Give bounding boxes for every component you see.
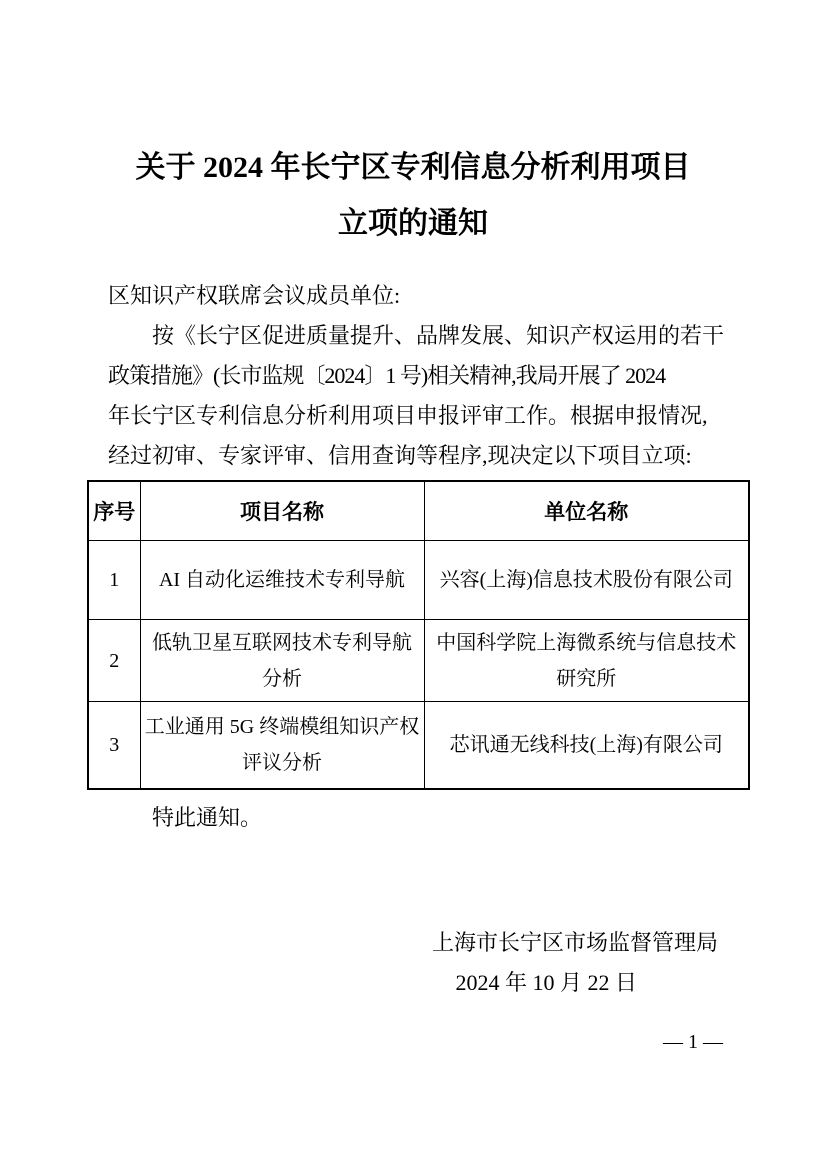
table-header-project: 项目名称 xyxy=(140,481,424,541)
project-name: 工业通用 5G 终端模组知识产权评议分析 xyxy=(140,702,424,790)
page-title: 关于 2024 年长宁区专利信息分析利用项目 立项的通知 xyxy=(108,140,718,252)
page-title-line2: 立项的通知 xyxy=(338,207,488,240)
projects-table: 序号 项目名称 单位名称 1 AI 自动化运维技术专利导航 兴容(上海)信息技术… xyxy=(87,480,750,790)
paragraph-line: 按《长宁区促进质量提升、品牌发展、知识产权运用的若干 xyxy=(108,316,718,356)
table-header-row: 序号 项目名称 单位名称 xyxy=(88,481,749,541)
project-name: AI 自动化运维技术专利导航 xyxy=(140,541,424,620)
row-number: 2 xyxy=(88,620,140,702)
paragraph-line: 经过初审、专家评审、信用查询等程序,现决定以下项目立项: xyxy=(108,436,718,476)
table-row: 3 工业通用 5G 终端模组知识产权评议分析 芯讯通无线科技(上海)有限公司 xyxy=(88,702,749,790)
unit-name: 中国科学院上海微系统与信息技术研究所 xyxy=(424,620,749,702)
table-row: 2 低轨卫星互联网技术专利导航分析 中国科学院上海微系统与信息技术研究所 xyxy=(88,620,749,702)
issuing-authority: 上海市长宁区市场监督管理局 xyxy=(108,923,718,963)
page-number: — 1 — xyxy=(663,1030,723,1054)
table-header-unit: 单位名称 xyxy=(424,481,749,541)
table-header-number: 序号 xyxy=(88,481,140,541)
body-paragraph: 按《长宁区促进质量提升、品牌发展、知识产权运用的若干 政策措施》(长市监规〔20… xyxy=(108,316,718,476)
project-name: 低轨卫星互联网技术专利导航分析 xyxy=(140,620,424,702)
document-page: 关于 2024 年长宁区专利信息分析利用项目 立项的通知 区知识产权联席会议成员… xyxy=(0,0,826,1169)
salutation: 区知识产权联席会议成员单位: xyxy=(108,276,718,316)
row-number: 1 xyxy=(88,541,140,620)
unit-name: 芯讯通无线科技(上海)有限公司 xyxy=(424,702,749,790)
row-number: 3 xyxy=(88,702,140,790)
closing-note: 特此通知。 xyxy=(108,798,718,838)
page-title-line1: 关于 2024 年长宁区专利信息分析利用项目 xyxy=(136,151,691,184)
paragraph-line: 年长宁区专利信息分析利用项目申报评审工作。根据申报情况, xyxy=(108,396,718,436)
paragraph-line: 政策措施》(长市监规〔2024〕1 号)相关精神,我局开展了 2024 xyxy=(108,356,718,396)
unit-name: 兴容(上海)信息技术股份有限公司 xyxy=(424,541,749,620)
table-row: 1 AI 自动化运维技术专利导航 兴容(上海)信息技术股份有限公司 xyxy=(88,541,749,620)
issue-date: 2024 年 10 月 22 日 xyxy=(108,963,718,1003)
